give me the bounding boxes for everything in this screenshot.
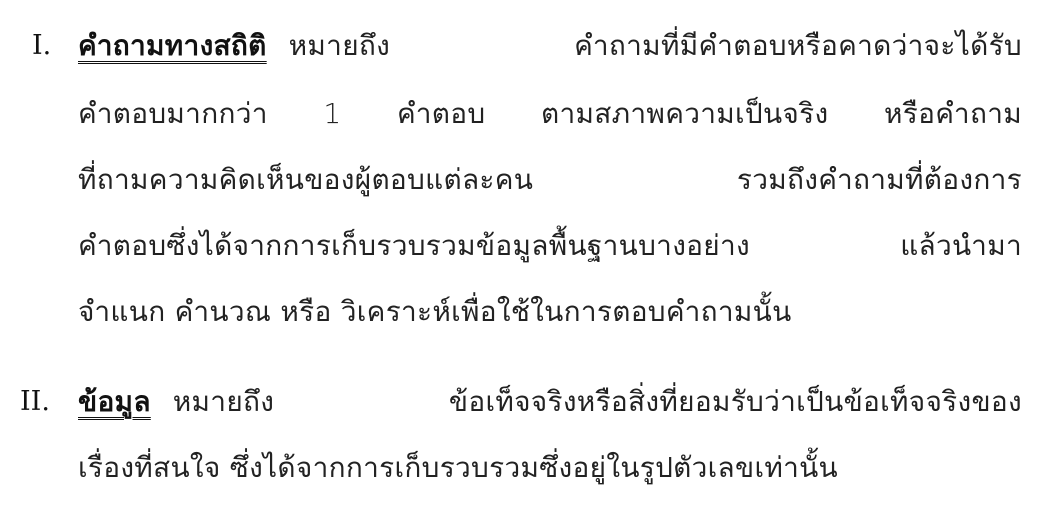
definition-text: หมายถึง คำถามที่มีคำตอบหรือคาดว่าจะได้รั…	[289, 29, 1022, 62]
definition-line: คำตอบมากกว่า 1 คำตอบ ตามสภาพความเป็นจริง…	[78, 86, 1022, 142]
definition-text: หมายถึง ข้อเท็จจริงหรือสิ่งที่ยอมรับว่าเ…	[173, 385, 1022, 418]
defined-term: ข้อมูล	[78, 385, 151, 418]
definition-line: คำถามทางสถิติหมายถึง คำถามที่มีคำตอบหรือ…	[78, 18, 1022, 74]
definition-line: ข้อมูลหมายถึง ข้อเท็จจริงหรือสิ่งที่ยอมร…	[78, 374, 1022, 430]
defined-term: คำถามทางสถิติ	[78, 29, 267, 62]
definition-line: ที่ถามความคิดเห็นของผู้ตอบแต่ละคน รวมถึง…	[78, 152, 1022, 208]
document-page: I. คำถามทางสถิติหมายถึง คำถามที่มีคำตอบห…	[0, 0, 1058, 512]
list-marker: II.	[20, 374, 50, 430]
definition-line: คำตอบซึ่งได้จากการเก็บรวบรวมข้อมูลพื้นฐา…	[78, 218, 1022, 274]
definition-line: จำแนก คำนวณ หรือ วิเคราะห์เพื่อใช้ในการต…	[78, 284, 958, 340]
definition-line: เรื่องที่สนใจ ซึ่งได้จากการเก็บรวบรวมซึ่…	[78, 440, 1022, 496]
list-marker: I.	[32, 18, 51, 74]
